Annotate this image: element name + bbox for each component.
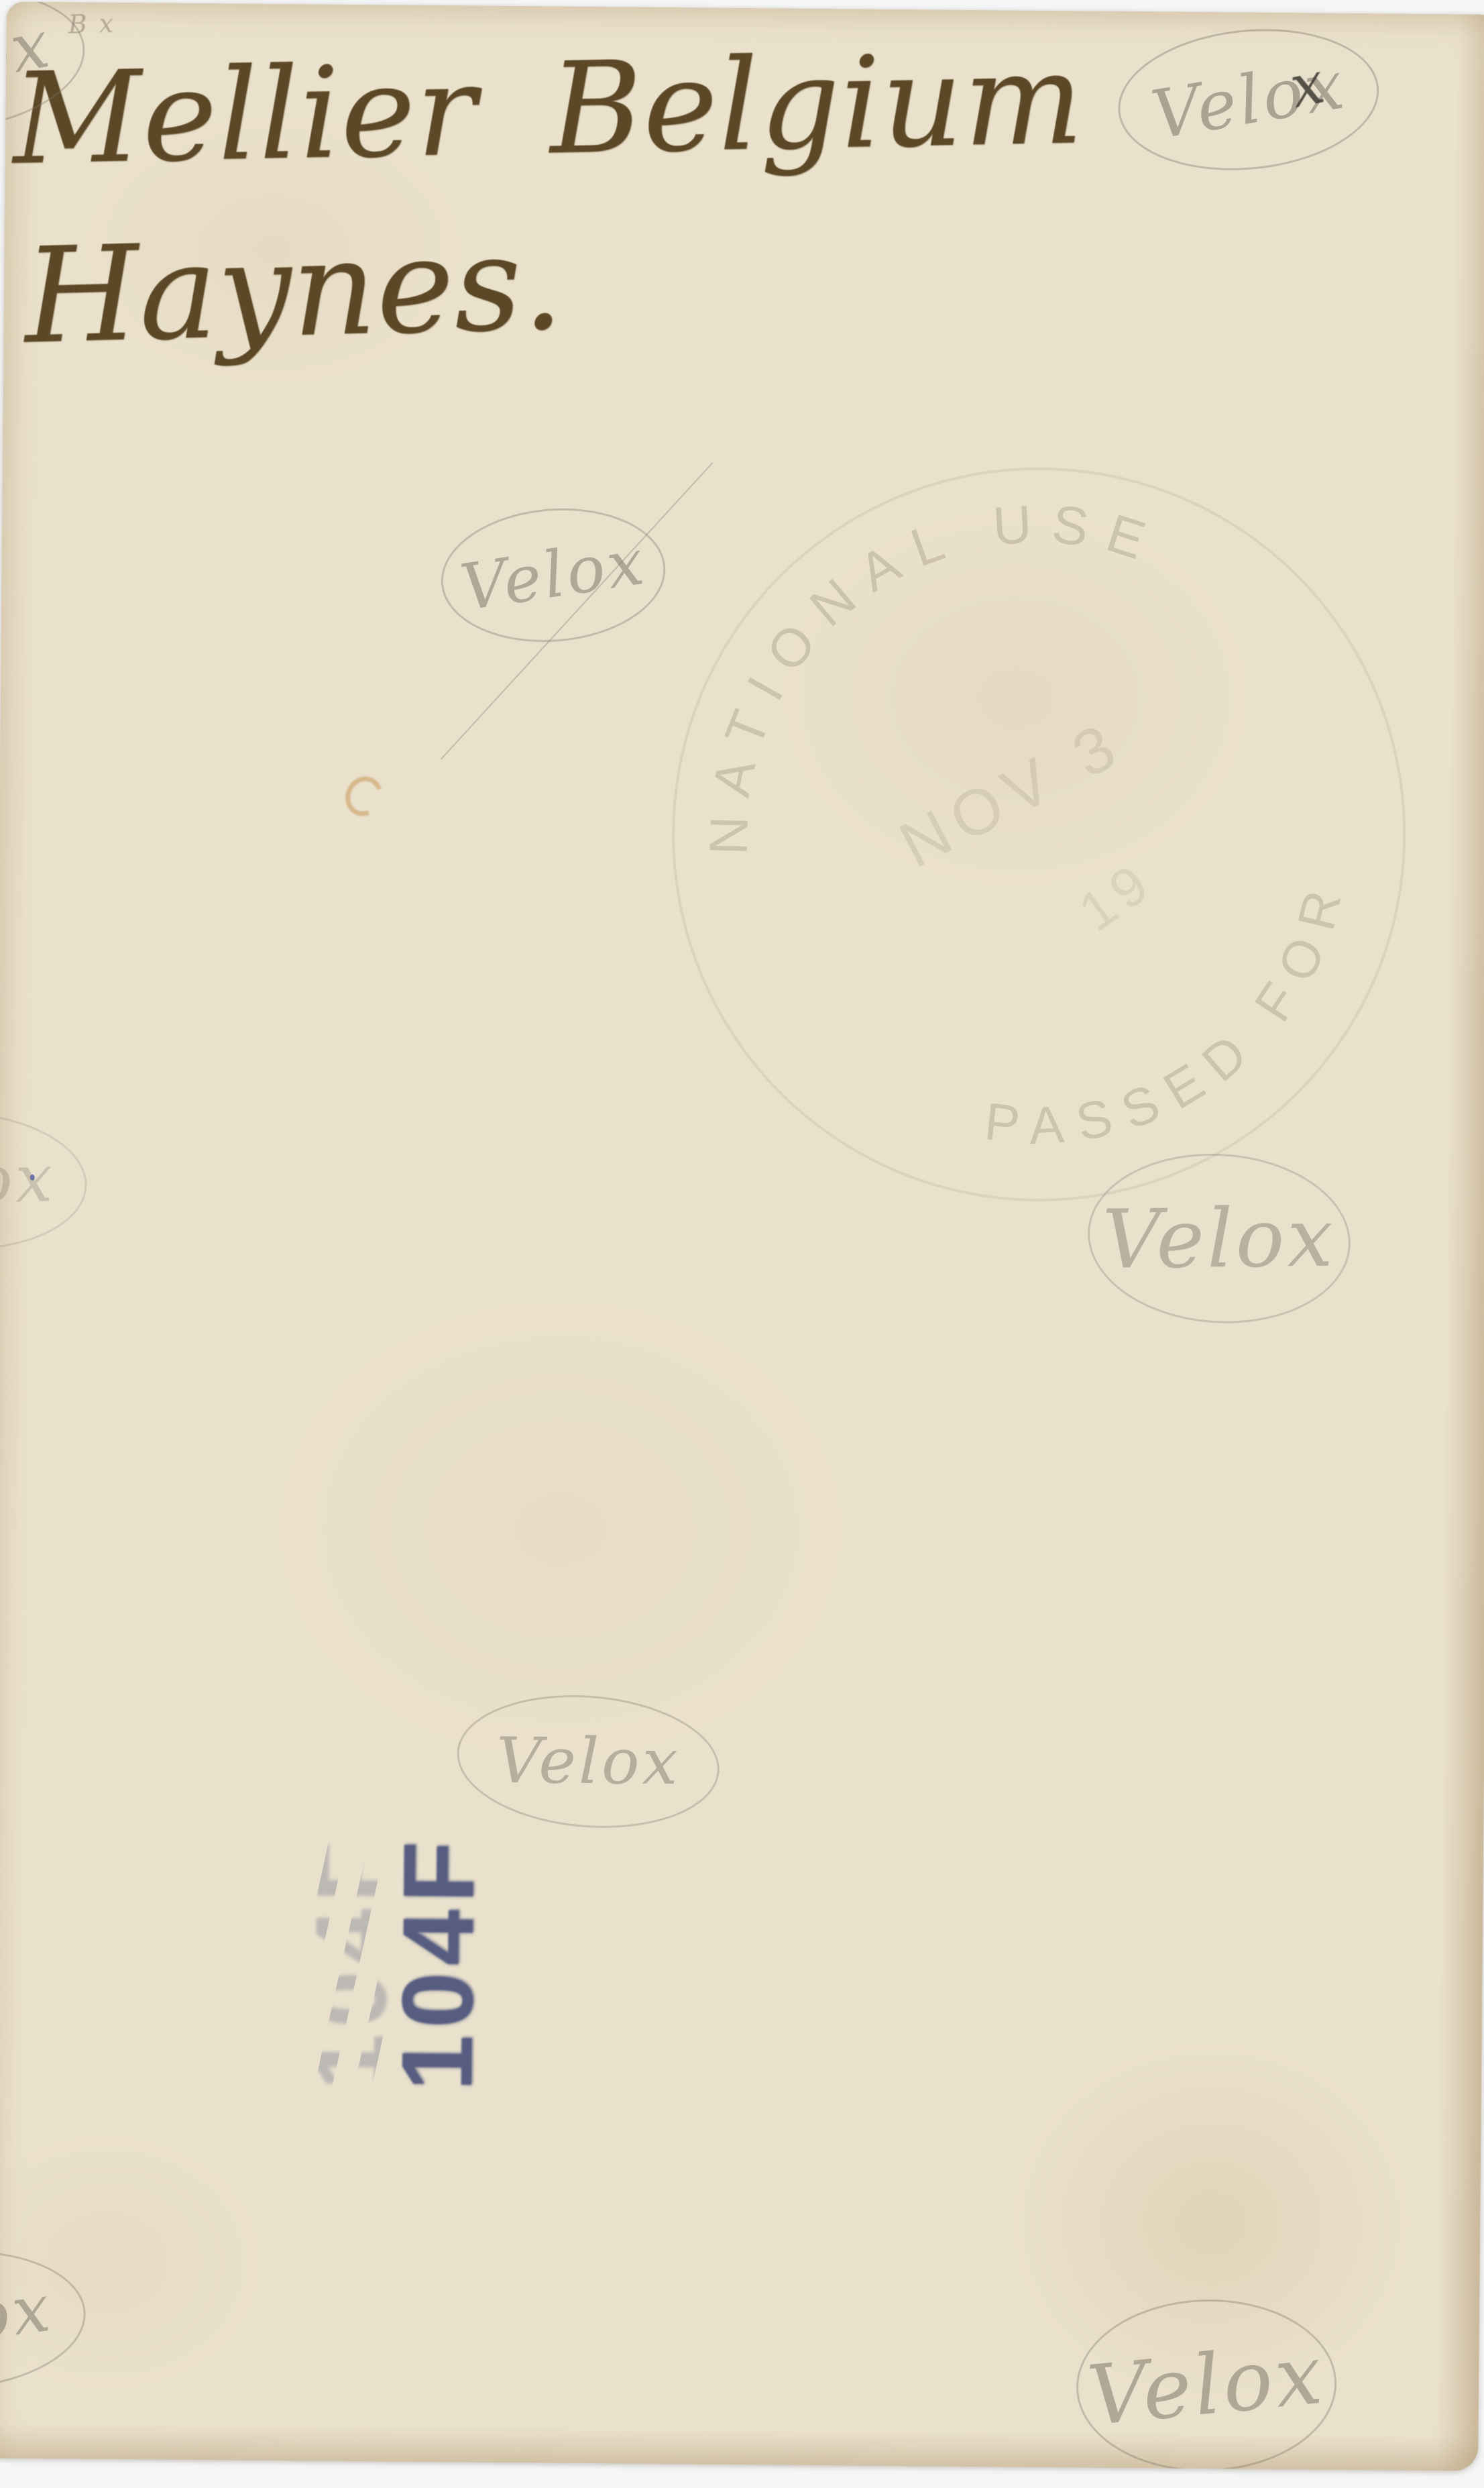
velox-watermark-oval: Velox xyxy=(452,1686,724,1837)
handwriting-line-1: Mellier Belgium xyxy=(11,25,1085,193)
velox-watermark-text: Velox xyxy=(496,1724,681,1798)
postcard-back-paper: Mellier Belgium Haynes. VeloxVeloxVeloxV… xyxy=(0,1,1484,2471)
rust-stain xyxy=(339,771,389,822)
censor-center-year: 19 xyxy=(1068,850,1164,943)
velox-watermark-text: Velox xyxy=(1084,2326,1328,2444)
blue-ink-speck xyxy=(30,1175,35,1181)
pencil-scribble: Bx xyxy=(68,8,125,39)
velox-watermark-layer: VeloxVeloxVeloxVeloxVeloxVeloxVeloxVelox xyxy=(7,1,1484,14)
velox-watermark-text: Velox xyxy=(0,5,57,115)
censor-center-date: NOV 3 xyxy=(889,707,1135,881)
velox-watermark-text: Velox xyxy=(0,2269,56,2370)
scanned-image: Mellier Belgium Haynes. VeloxVeloxVeloxV… xyxy=(0,0,1484,2488)
velox-watermark-oval: Velox xyxy=(1112,17,1385,181)
velox-watermark-oval: Velox xyxy=(1074,2296,1339,2471)
handwriting-line-2: Haynes. xyxy=(22,207,565,374)
velox-watermark-text: Velox xyxy=(455,525,650,626)
velox-watermark-text: Velox xyxy=(0,1140,56,1221)
censor-arc-top-text: NATIONAL USE xyxy=(606,389,1189,883)
inventory-number-stamp: 104F xyxy=(376,1828,499,2098)
velox-watermark-oval: Velox xyxy=(0,2243,89,2396)
velox-watermark-oval: Velox xyxy=(0,1106,90,1254)
